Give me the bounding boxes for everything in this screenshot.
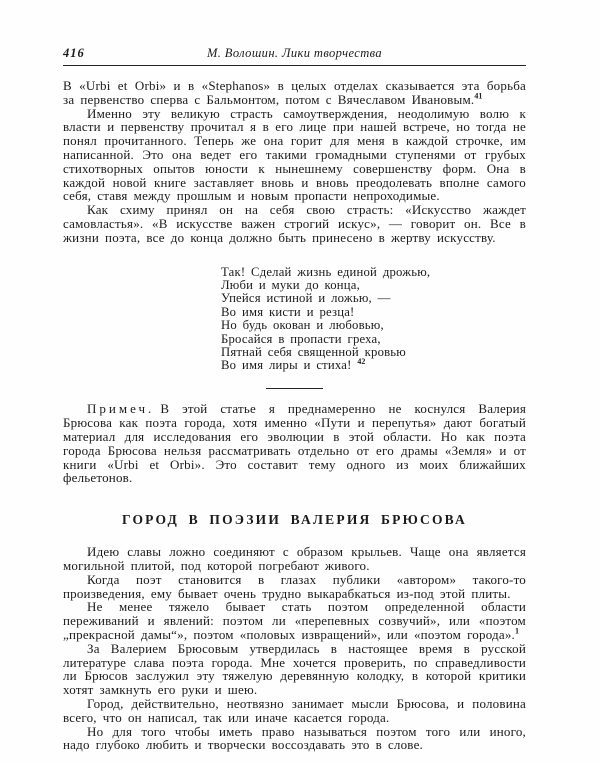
book-page: 416 М. Волошин. Лики творчества В «Urbi … — [0, 0, 600, 765]
footnote-ref: 42 — [357, 357, 365, 366]
section-divider-rule — [266, 388, 323, 390]
header-rule — [63, 65, 526, 66]
paragraph: Город, действительно, неотвязно занимает… — [63, 697, 526, 725]
paragraph: Именно эту великую страсть самоутвержден… — [63, 107, 526, 204]
verse-line-text: Во имя лиры и стиха! — [221, 358, 352, 372]
paragraph: Когда поэт становится в глазах публики «… — [63, 573, 526, 601]
verse-line: Бросайся в пропасти греха, — [221, 333, 526, 346]
verse-line: Люби и муки до конца, — [221, 279, 526, 292]
paragraph: Как схиму принял он на себя свою страсть… — [63, 203, 526, 244]
paragraph: За Валерием Брюсовым утвердилась в насто… — [63, 642, 526, 697]
verse-line: Упейся истиной и ложью, — — [221, 292, 526, 305]
paragraph: Идею славы ложно соединяют с образом кры… — [63, 545, 526, 573]
running-header: 416 М. Волошин. Лики творчества — [63, 46, 526, 63]
paragraph: Но для того чтобы иметь право называться… — [63, 725, 526, 753]
paragraph-text: Не менее тяжело бывает стать поэтом опре… — [63, 599, 526, 642]
paragraph-text: В «Urbi et Orbi» и в «Stephanos» в целых… — [63, 78, 526, 107]
verse-line: Но будь окован и любовью, — [221, 319, 526, 332]
note-label: Примеч. — [87, 401, 160, 416]
verse-block: Так! Сделай жизнь единой дрожью, Люби и … — [221, 266, 526, 373]
footnote-ref: 1 — [515, 627, 519, 636]
section-title: ГОРОД В ПОЭЗИИ ВАЛЕРИЯ БРЮСОВА — [63, 512, 526, 528]
running-title: М. Волошин. Лики творчества — [63, 46, 526, 61]
verse-line: Во имя кисти и резца! — [221, 306, 526, 319]
paragraph: В «Urbi et Orbi» и в «Stephanos» в целых… — [63, 79, 526, 107]
footnote-ref: 41 — [474, 91, 482, 100]
paragraph: Не менее тяжело бывает стать поэтом опре… — [63, 600, 526, 641]
verse-line: Во имя лиры и стиха! 42 — [221, 359, 526, 372]
verse-line: Так! Сделай жизнь единой дрожью, — [221, 266, 526, 279]
author-note: Примеч.В этой статье я преднамеренно не … — [63, 402, 526, 485]
page-body: В «Urbi et Orbi» и в «Stephanos» в целых… — [63, 79, 526, 752]
